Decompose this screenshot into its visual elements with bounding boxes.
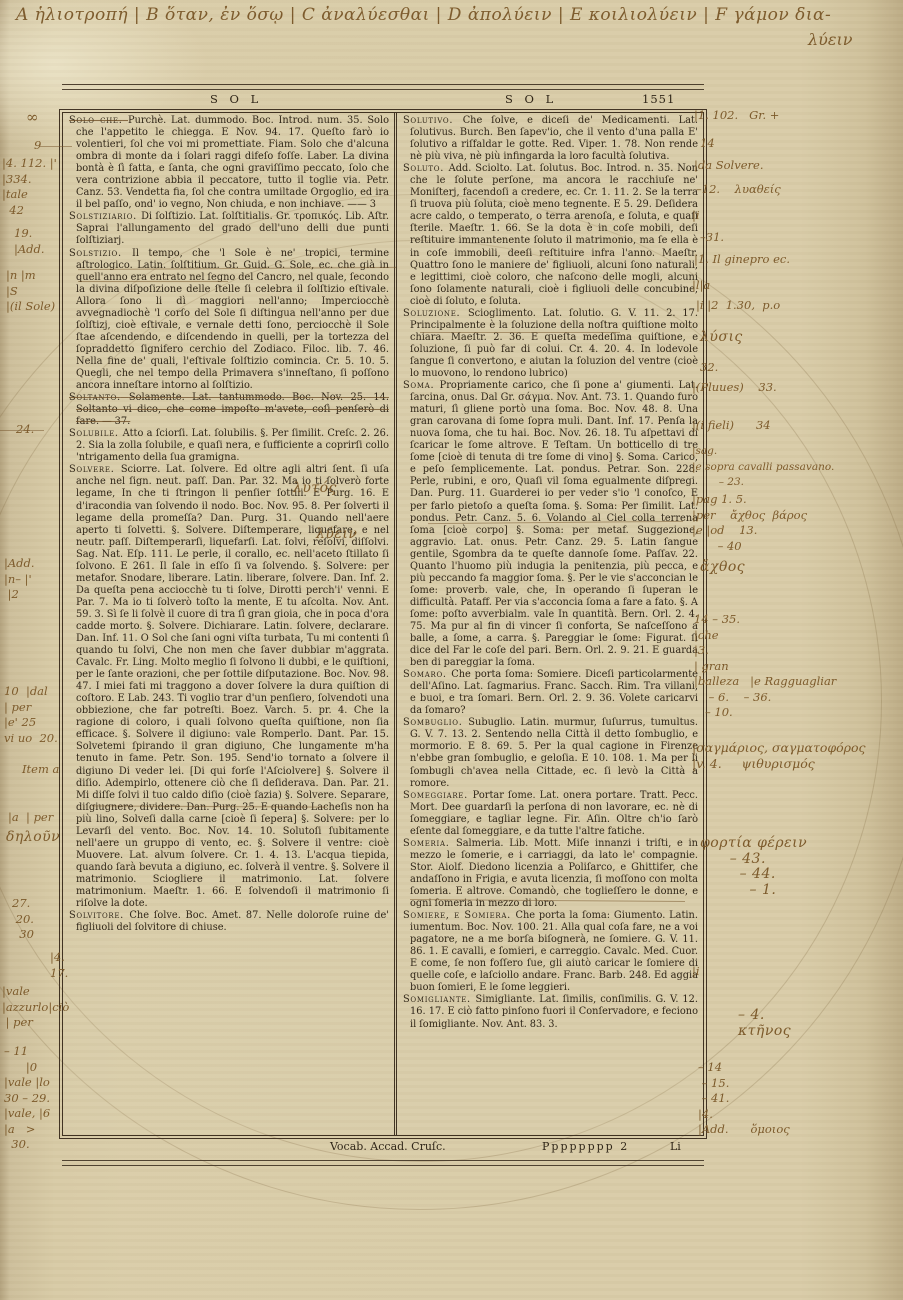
- dictionary-entry: Soluzione.Scioglimento. Lat. ſolutio. G.…: [403, 308, 698, 380]
- margin-note: 24.: [16, 422, 34, 438]
- margin-note: |(Pluues) 33.: [692, 380, 777, 396]
- dictionary-entry: Solstiziario.Di ſolſtizio. Lat. ſolſtiti…: [69, 211, 389, 247]
- pen-stroke: [40, 146, 72, 147]
- margin-note: |(i fieli) 34: [692, 418, 771, 434]
- margin-note: |i: [692, 964, 700, 980]
- pen-stroke: [420, 332, 620, 333]
- margin-note-greek: λύσις: [700, 330, 743, 346]
- margin-note: 32.: [700, 360, 718, 376]
- dictionary-entry: Solo che.Purchè. Lat. dummodo. Boc. Intr…: [69, 115, 389, 211]
- interlinear-greek-note: λυτός: [293, 481, 337, 497]
- bottom-rule: [62, 1160, 704, 1166]
- margin-note: |i |2 1.30, p.o: [696, 298, 780, 314]
- entry-headword: Solo che.: [69, 115, 128, 126]
- entry-headword: Solvere.: [69, 464, 121, 475]
- entry-headword: Solvitore.: [69, 910, 129, 921]
- entry-headword: Somiere, e Somiera.: [403, 910, 515, 921]
- margin-note: |vale |azzurlo|ciò | per: [2, 984, 69, 1031]
- entry-headword: Soluto.: [403, 163, 449, 174]
- dictionary-entry: Someggiare.Portar ſome. Lat. onera porta…: [403, 790, 698, 838]
- running-head-right: S O L: [505, 92, 557, 106]
- entry-headword: Solstizio.: [69, 248, 132, 259]
- right-column: Solutivo.Che ſolve, e diceſi de' Medicam…: [398, 113, 703, 1135]
- margin-note-greek: – 4. κτῆνος: [738, 1008, 791, 1039]
- dictionary-entry: Solutivo.Che ſolve, e diceſi de' Medicam…: [403, 115, 698, 163]
- text-frame: Solo che.Purchè. Lat. dummodo. Boc. Intr…: [62, 112, 704, 1136]
- dictionary-entry: Sombuglio.Subuglio. Latin. murmur, ſuſur…: [403, 717, 698, 789]
- running-head: S O L S O L 1551: [62, 90, 704, 110]
- entry-headword: Sombuglio.: [403, 717, 468, 728]
- margin-note-greek: ἄχθος: [700, 560, 745, 576]
- margin-note: |4. 112. |' |334. |tale 42: [2, 156, 57, 218]
- margin-note: 14 – 35. |che |3. | gran |balleza |e Rag…: [694, 612, 836, 721]
- handwritten-greek-key-line1: A ἡλιοτροπή | B ὅταν, ἐν ὅσῳ | C ἀναλύεσ…: [16, 4, 894, 26]
- margin-note: 27. 20. 30: [12, 896, 34, 943]
- margin-note: 9: [34, 138, 41, 154]
- entry-headword: Solstiziario.: [69, 211, 141, 222]
- margin-note: 14: [700, 136, 715, 152]
- dictionary-entry: Somiere, e Somiera.Che porta la ſoma: Gi…: [403, 910, 698, 994]
- margin-note: |Add. |n– |' |2: [4, 556, 35, 603]
- margin-note: |4. 17.: [50, 950, 68, 981]
- entry-text: Che porta la ſoma: Giumento. Latin. iume…: [410, 910, 698, 993]
- margin-note: |n |m |S |(il Sole): [6, 268, 55, 315]
- entry-text: Atto a ſciorſi. Lat. ſolubilis. §. Per ſ…: [76, 428, 389, 463]
- scanned-dictionary-page: A ἡλιοτροπή | B ὅταν, ἐν ὅσῳ | C ἀναλύεσ…: [0, 0, 903, 1300]
- margin-note: –31.: [700, 230, 724, 246]
- dictionary-entry: Somaro.Che porta ſoma: Somiere. Diceſi p…: [403, 669, 698, 717]
- entry-headword: Solutivo.: [403, 115, 463, 126]
- margin-note: |da Solvere.: [694, 158, 764, 174]
- entry-headword: Somaro.: [403, 669, 451, 680]
- page-number: 1551: [642, 92, 675, 106]
- margin-note-greek: δηλοῦν: [6, 830, 60, 846]
- entry-text: Add. Sciolto. Lat. ſolutus. Boc. Introd.…: [410, 163, 698, 307]
- margin-note: ∞: [26, 110, 39, 126]
- entry-headword: Someggiare.: [403, 790, 473, 801]
- pen-stroke: [78, 281, 228, 282]
- entry-text: Che porta ſoma: Somiere. Diceſi particol…: [410, 669, 698, 716]
- margin-note: |a | per: [8, 810, 53, 826]
- signature-mark: Pppppppp 2: [542, 1140, 629, 1153]
- margin-note: |pag 1. 5. |per ἄχθος βάρος |e |od 13. –…: [692, 492, 807, 554]
- catchword: Li: [670, 1140, 681, 1153]
- footer-row: Vocab. Accad. Cruſc. Pppppppp 2 Li: [62, 1138, 704, 1158]
- margin-note: –12. λυαθείς: [696, 182, 781, 198]
- printed-page-block: S O L S O L 1551 Solo che.Purchè. Lat. d…: [62, 84, 704, 1166]
- interlinear-greek-note: λύειν: [316, 527, 357, 543]
- entry-headword: Somigliante.: [403, 994, 476, 1005]
- margin-note-greek: φορτία φέρειν – 43. – 44. – 1.: [700, 836, 807, 898]
- entry-headword: Soltanto.: [69, 392, 129, 403]
- margin-note: – 14 – 15. – 41. |4. |Add. ὅμοιος: [698, 1060, 790, 1138]
- dictionary-entry: Somigliante.Simigliante. Lat. ſimilis, c…: [403, 994, 698, 1030]
- margin-note: 10 |dal | per |e' 25 vi uo 20.: [4, 684, 58, 746]
- footer-imprint: Vocab. Accad. Cruſc.: [330, 1140, 446, 1153]
- margin-note: |i: [692, 208, 700, 224]
- running-head-left: S O L: [210, 92, 262, 106]
- dictionary-entry-struck: Soltanto.Solamente. Lat. tantummodo. Boc…: [69, 392, 389, 428]
- entry-headword: Solubile.: [69, 428, 123, 439]
- handwritten-greek-key-line2: λύειν: [808, 30, 852, 49]
- margin-note: |l|a: [692, 278, 710, 294]
- margin-note: |1. Il ginepro ec.: [694, 252, 790, 268]
- margin-note-greek: |σαγμάριος, σαγματοφόρος |v. 4. ψιθυρισμ…: [692, 740, 866, 771]
- margin-note: |sag. |e sopra cavalli passavano. – 23.: [692, 444, 834, 491]
- entry-headword: Soluzione.: [403, 308, 468, 319]
- dictionary-entry: Soluto.Add. Sciolto. Lat. ſolutus. Boc. …: [403, 163, 698, 308]
- entry-headword: Someria.: [403, 838, 456, 849]
- entry-text: Purchè. Lat. dummodo. Boc. Introd. num. …: [76, 115, 389, 210]
- dictionary-entry: Solubile.Atto a ſciorſi. Lat. ſolubilis.…: [69, 428, 389, 464]
- margin-note: – 11 |0 |vale |lo 30 – 29. |vale, |6 |a …: [4, 1044, 50, 1153]
- dictionary-entry: Solvitore.Che ſolve. Boc. Amet. 87. Nell…: [69, 910, 389, 934]
- margin-note: |1. 102. Gr. +: [694, 108, 779, 124]
- entry-headword: Soma.: [403, 380, 440, 391]
- dictionary-entry: Soma.Propriamente carico, che ſi pone a'…: [403, 380, 698, 669]
- margin-note: 19. |Add.: [14, 226, 45, 257]
- margin-note: Item a: [22, 762, 59, 778]
